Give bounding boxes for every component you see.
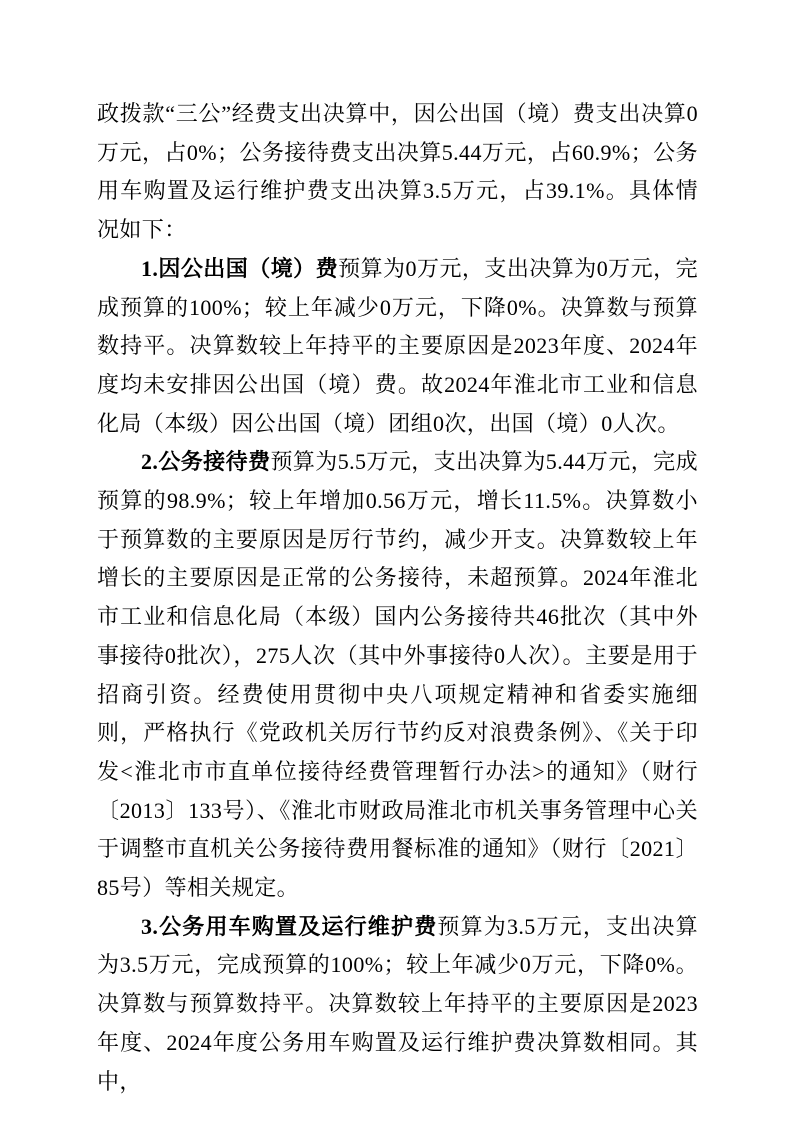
item-1-heading: 1.因公出国（境）费 (141, 256, 338, 281)
item-3-body: 预算为3.5万元，支出决算为3.5万元，完成预算的100%；较上年减少0万元，下… (97, 914, 698, 1094)
item-3-heading: 3.公务用车购置及运行维护费 (141, 914, 437, 939)
paragraph-item-2: 2.公务接待费预算为5.5万元，支出决算为5.44万元，完成预算的98.9%；较… (97, 443, 698, 907)
item-2-heading: 2.公务接待费 (141, 449, 270, 474)
item-1-body: 预算为0万元，支出决算为0万元，完成预算的100%；较上年减少0万元，下降0%。… (97, 256, 698, 436)
paragraph-item-1: 1.因公出国（境）费预算为0万元，支出决算为0万元，完成预算的100%；较上年减… (97, 250, 698, 444)
document-page: 政拨款“三公”经费支出决算中，因公出国（境）费支出决算0万元，占0%；公务接待费… (0, 0, 794, 1122)
item-2-body: 预算为5.5万元，支出决算为5.44万元，完成预算的98.9%；较上年增加0.5… (97, 449, 698, 900)
paragraph-intro: 政拨款“三公”经费支出决算中，因公出国（境）费支出决算0万元，占0%；公务接待费… (97, 95, 698, 250)
paragraph-item-3: 3.公务用车购置及运行维护费预算为3.5万元，支出决算为3.5万元，完成预算的1… (97, 908, 698, 1102)
paragraph-text: 政拨款“三公”经费支出决算中，因公出国（境）费支出决算0万元，占0%；公务接待费… (97, 101, 698, 242)
